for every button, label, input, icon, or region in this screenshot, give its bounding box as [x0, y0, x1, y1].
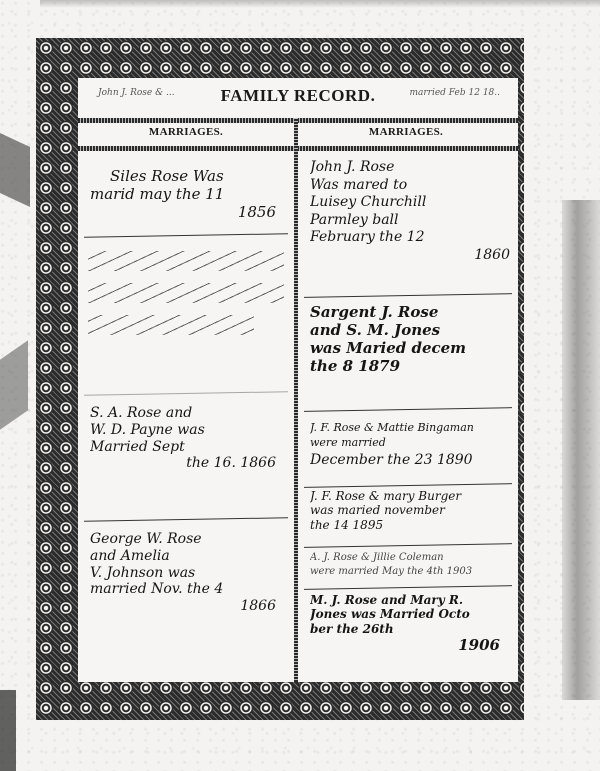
struck-entry [88, 283, 284, 303]
entry-line: Married Sept [90, 439, 286, 456]
struck-entry [88, 315, 254, 335]
marriages-column-right: John J. Rose Was mared to Luisey Churchi… [298, 153, 518, 682]
entry-line: were married May the 4th 1903 [310, 565, 510, 579]
entry-line: 1856 [90, 203, 286, 221]
marriage-entry: George W. Rose and Amelia V. Johnson was… [90, 531, 286, 615]
entry-line: John J. Rose [310, 159, 510, 177]
entry-line: the 14 1895 [310, 518, 510, 532]
marriages-column-left: Siles Rose Was marid may the 11 1856 S. … [78, 153, 294, 682]
marriage-entry: S. A. Rose and W. D. Payne was Married S… [90, 405, 286, 472]
marriage-entry: J. F. Rose & Mattie Bingaman were marrie… [310, 421, 510, 470]
title-divider [78, 118, 518, 123]
entry-line: Sargent J. Rose [310, 303, 510, 321]
title-row: John J. Rose & ... FAMILY RECORD. marrie… [78, 78, 518, 118]
entry-separator [84, 517, 288, 522]
entry-separator [84, 233, 288, 238]
entry-line: married Nov. the 4 [90, 581, 286, 598]
scan-edge-shadow [40, 0, 600, 8]
marriage-entry: A. J. Rose & Jillie Coleman were married… [310, 551, 510, 578]
entry-line: S. A. Rose and [90, 405, 286, 422]
entry-line: was maried november [310, 503, 510, 517]
heading-divider [78, 146, 518, 151]
column-heading-right: MARRIAGES. [298, 126, 514, 138]
entry-line: George W. Rose [90, 531, 286, 548]
entry-line: J. F. Rose & Mattie Bingaman [310, 421, 510, 436]
scan-edge-shadow [562, 200, 600, 700]
struck-entry [88, 251, 284, 271]
entry-separator [304, 407, 512, 412]
handwritten-annotation-right: married Feb 12 18.. [409, 88, 500, 98]
entry-separator [304, 293, 512, 298]
scan-edge-shadow [0, 133, 30, 207]
entry-line: V. Johnson was [90, 565, 286, 582]
entry-line: February the 12 [310, 229, 510, 247]
entry-separator [84, 391, 288, 396]
entry-line: ber the 26th [310, 622, 510, 636]
entry-line: the 8 1879 [310, 357, 510, 375]
scan-edge-shadow [0, 340, 28, 430]
entry-line: and S. M. Jones [310, 321, 510, 339]
scan-edge-shadow [0, 690, 16, 771]
entry-line: December the 23 1890 [310, 451, 510, 470]
entry-separator [304, 585, 512, 590]
family-record-page: John J. Rose & ... FAMILY RECORD. marrie… [78, 78, 518, 682]
marriage-entry: J. F. Rose & mary Burger was maried nove… [310, 489, 510, 532]
entry-line: J. F. Rose & mary Burger [310, 489, 510, 503]
entry-separator [304, 543, 512, 548]
marriage-entry: John J. Rose Was mared to Luisey Churchi… [310, 159, 510, 264]
entry-line: Luisey Churchill [310, 194, 510, 212]
entry-line: 1860 [310, 247, 510, 265]
entry-line: and Amelia [90, 548, 286, 565]
entry-line: W. D. Payne was [90, 422, 286, 439]
entry-separator [304, 483, 512, 488]
entry-line: Parmley ball [310, 212, 510, 230]
entry-line: 1906 [310, 636, 510, 654]
entry-line: the 16. 1866 [90, 455, 286, 472]
marriage-entry: Siles Rose Was marid may the 11 1856 [90, 167, 286, 221]
entry-line: were married [310, 436, 510, 451]
entry-line: A. J. Rose & Jillie Coleman [310, 551, 510, 565]
entry-line: Siles Rose Was [90, 167, 286, 185]
entry-line: marid may the 11 [90, 185, 286, 203]
entry-line: M. J. Rose and Mary R. [310, 593, 510, 607]
entry-line: Jones was Married Octo [310, 607, 510, 621]
entry-line: Was mared to [310, 177, 510, 195]
entry-line: 1866 [90, 598, 286, 615]
entry-line: was Maried decem [310, 339, 510, 357]
marriage-entry: M. J. Rose and Mary R. Jones was Married… [310, 593, 510, 654]
column-heading-left: MARRIAGES. [78, 126, 294, 138]
marriage-entry: Sargent J. Rose and S. M. Jones was Mari… [310, 303, 510, 375]
